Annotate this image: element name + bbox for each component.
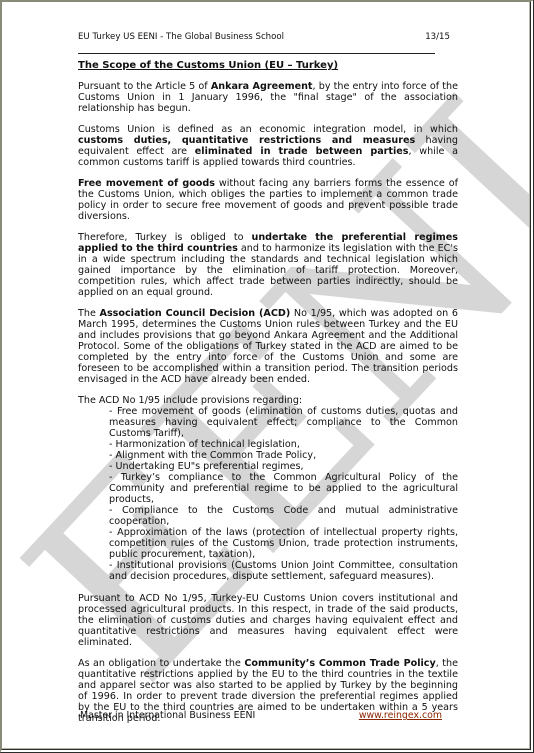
page-content: EU Turkey US EENI - The Global Business … — [78, 32, 458, 734]
bold-text: Association Council Decision (ACD) — [100, 308, 291, 319]
paragraph: Therefore, Turkey is obliged to undertak… — [78, 232, 458, 298]
text: Pursuant to the Article 5 of — [78, 81, 211, 92]
closing-paragraphs: Pursuant to ACD No 1/95, Turkey-EU Custo… — [78, 593, 458, 724]
provision-item: - Compliance to the Customs Code and mut… — [109, 505, 458, 527]
text: Therefore, Turkey is obliged to — [78, 232, 252, 243]
body-paragraphs: Pursuant to the Article 5 of Ankara Agre… — [78, 81, 458, 385]
paragraph: Free movement of goods without facing an… — [78, 178, 458, 222]
provisions-intro: The ACD No 1/95 include provisions regar… — [78, 395, 458, 406]
text: As an obligation to undertake the — [78, 658, 244, 669]
bold-text: Ankara Agreement — [211, 81, 313, 92]
page-header: EU Turkey US EENI - The Global Business … — [78, 32, 458, 43]
bold-text: Free movement of goods — [78, 178, 215, 189]
page-footer: Master in International Business EENI ww… — [80, 710, 442, 721]
text: The — [78, 308, 100, 319]
provisions-list: - Free movement of goods (elimination of… — [78, 406, 458, 582]
bold-text: customs duties, quantitative restriction… — [78, 135, 415, 146]
footer-text: Master in International Business EENI — [80, 710, 255, 721]
provision-item: - Undertaking EU"s preferential regimes, — [109, 461, 458, 472]
text: Customs Union is defined as an economic … — [78, 124, 458, 135]
paragraph: The Association Council Decision (ACD) N… — [78, 308, 458, 385]
paragraph: Customs Union is defined as an economic … — [78, 124, 458, 168]
provision-item: - Alignment with the Common Trade Policy… — [109, 450, 458, 461]
header-title: EU Turkey US EENI - The Global Business … — [78, 32, 284, 43]
bold-text: Community’s Common Trade Policy — [244, 658, 435, 669]
document-page: EENI EU Turkey US EENI - The Global Busi… — [0, 0, 534, 753]
bold-text: eliminated in trade between parties — [195, 146, 409, 157]
page-indicator: 13/15 — [425, 32, 450, 43]
provision-item: - Approximation of the laws (protection … — [109, 527, 458, 560]
provision-item: - Harmonization of technical legislation… — [109, 439, 458, 450]
header-separator — [78, 43, 435, 54]
provision-item: - Free movement of goods (elimination of… — [109, 406, 458, 439]
footer-link[interactable]: www.reingex.com — [359, 710, 442, 721]
text: Pursuant to ACD No 1/95, Turkey-EU Custo… — [78, 593, 458, 648]
section-title: The Scope of the Customs Union (EU – Tur… — [78, 60, 458, 72]
provision-item: - Turkey’s compliance to the Common Agri… — [109, 472, 458, 505]
text: No 1/95, which was adopted on 6 March 19… — [78, 308, 458, 385]
provision-item: - Institutional provisions (Customs Unio… — [109, 560, 458, 582]
paragraph: Pursuant to the Article 5 of Ankara Agre… — [78, 81, 458, 114]
paragraph: Pursuant to ACD No 1/95, Turkey-EU Custo… — [78, 593, 458, 648]
